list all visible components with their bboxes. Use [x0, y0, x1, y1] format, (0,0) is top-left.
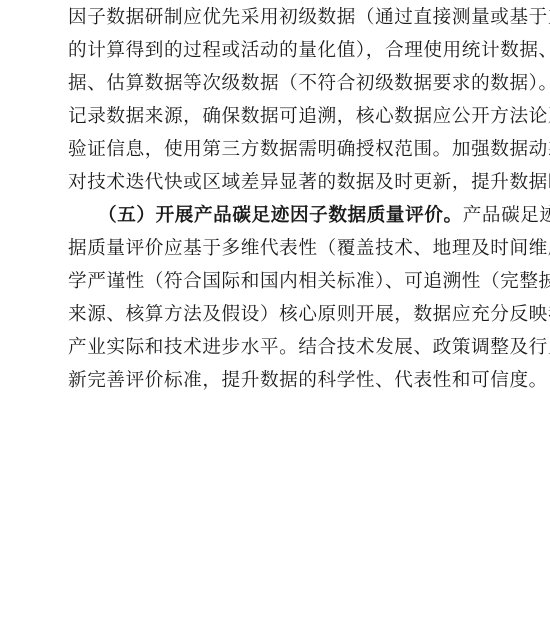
paragraph-line: 据、估算数据等次级数据（不符合初级数据要求的数据）。应完整 — [68, 67, 550, 100]
paragraph-line: 新完善评价标准，提升数据的科学性、代表性和可信度。 — [68, 364, 548, 397]
paragraph-line: 学严谨性（符合国际和国内相关标准）、可追溯性（完整披露数据 — [68, 265, 550, 298]
section-five-line: （五）开展产品碳足迹因子数据质量评价。产品碳足迹因子数 — [98, 199, 550, 232]
paragraph-line: 据质量评价应基于多维代表性（覆盖技术、地理及时间维度）、科 — [68, 232, 550, 265]
paragraph-line: 的计算得到的过程或活动的量化值），合理使用统计数据、文献数 — [68, 34, 550, 67]
paragraph-text: 产品碳足迹因子数 — [463, 205, 550, 226]
paragraph-line: 对技术迭代快或区域差异显著的数据及时更新，提升数据时效性。 — [68, 166, 550, 199]
paragraph-line: 验证信息，使用第三方数据需明确授权范围。加强数据动态管理， — [68, 133, 550, 166]
paragraph-line: 因子数据研制应优先采用初级数据（通过直接测量或基于直接测量 — [68, 1, 550, 34]
paragraph-line: 来源、核算方法及假设）核心原则开展，数据应充分反映我国能源、 — [68, 298, 550, 331]
paragraph-line: 产业实际和技术进步水平。结合技术发展、政策调整及行业反馈更 — [68, 331, 550, 364]
section-five-title: （五）开展产品碳足迹因子数据质量评价。 — [98, 205, 463, 226]
paragraph-line: 记录数据来源，确保数据可追溯，核心数据应公开方法论及代表性 — [68, 100, 550, 133]
